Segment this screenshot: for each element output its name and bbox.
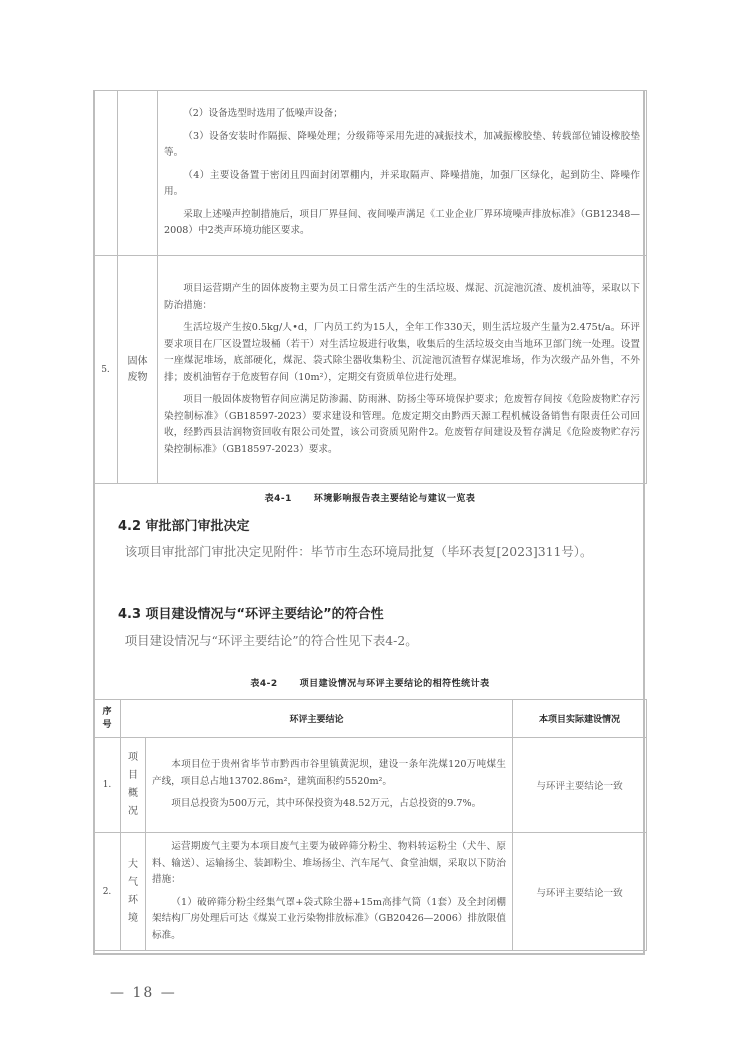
category-label: 固体废物: [127, 354, 149, 386]
row-actual: 与环评主要结论一致: [513, 833, 647, 951]
row-category: 项目概况: [121, 738, 146, 833]
content-paragraph: 项目一般固体废物暂存间应满足防渗漏、防雨淋、防扬尘等环境保护要求；危废暂存间按《…: [164, 392, 640, 458]
caption-label: 表4-2: [250, 679, 277, 689]
section-4-3-paragraph: 项目建设情况与“环评主要结论”的符合性见下表4-2。: [100, 627, 640, 654]
row-number: 1.: [94, 738, 121, 833]
section-4-2-paragraph: 该项目审批部门审批决定见附件：毕节市生态环境局批复（毕环表复[2023]311号…: [100, 538, 640, 565]
table-row-noise: （2）设备选型时选用了低噪声设备； （3）设备安装时作隔振、降噪处理；分级筛等采…: [94, 91, 647, 256]
section-4-2-heading: 4.2 审批部门审批决定: [118, 515, 250, 534]
content-paragraph: （2）设备选型时选用了低噪声设备；: [164, 106, 640, 123]
table-row: 2. 大气环境 运营期废气主要为本项目废气主要为破碎筛分粉尘、物料转运粉尘（犬牛…: [94, 833, 647, 951]
header-actual: 本项目实际建设情况: [513, 700, 647, 738]
row-category: 大气环境: [121, 833, 146, 951]
content-paragraph: 生活垃圾产生按0.5kg/人•d，厂内员工约为15人，全年工作330天，则生活垃…: [164, 320, 640, 386]
content-paragraph: 本项目位于贵州省毕节市黔西市谷里镇黄泥坝，建设一条年洗煤120万吨煤生产线，项目…: [152, 757, 506, 790]
row-content: 本项目位于贵州省毕节市黔西市谷里镇黄泥坝，建设一条年洗煤120万吨煤生产线，项目…: [146, 738, 513, 833]
caption-label: 表4-1: [265, 494, 292, 504]
caption-title: 环境影响报告表主要结论与建议一览表: [314, 494, 476, 504]
row-category: [118, 91, 158, 256]
table-4-1-caption: 表4-1环境影响报告表主要结论与建议一览表: [93, 491, 647, 504]
content-paragraph: （1）破碎筛分粉尘经集气罩+袋式除尘器+15m高排气筒（1套）及全封闭棚架结构厂…: [152, 895, 506, 945]
category-label: 项目概况: [128, 749, 139, 821]
content-paragraph: 运营期废气主要为本项目废气主要为破碎筛分粉尘、物料转运粉尘（犬牛、原料、输送）、…: [152, 839, 506, 889]
row-actual: 与环评主要结论一致: [513, 738, 647, 833]
section-4-3-heading: 4.3 项目建设情况与“环评主要结论”的符合性: [118, 603, 384, 622]
table-4-2-caption: 表4-2项目建设情况与环评主要结论的相符性统计表: [93, 676, 647, 689]
row-content: （2）设备选型时选用了低噪声设备； （3）设备安装时作隔振、降噪处理；分级筛等采…: [158, 91, 647, 256]
table-header-row: 序号 环评主要结论 本项目实际建设情况: [94, 700, 647, 738]
row-number: 2.: [94, 833, 121, 951]
table-row-solid-waste: 5. 固体废物 项目运营期产生的固体废物主要为员工日常生活产生的生活垃圾、煤泥、…: [94, 256, 647, 484]
row-number: 5.: [94, 256, 118, 484]
content-paragraph: （4）主要设备置于密闭且四面封闭罩棚内，并采取隔声、降噪措施，加强厂区绿化，起到…: [164, 168, 640, 201]
header-conclusion: 环评主要结论: [121, 700, 513, 738]
page-number: — 18 —: [110, 985, 177, 1001]
table-row: 1. 项目概况 本项目位于贵州省毕节市黔西市谷里镇黄泥坝，建设一条年洗煤120万…: [94, 738, 647, 833]
row-number: [94, 91, 118, 256]
caption-title: 项目建设情况与环评主要结论的相符性统计表: [300, 679, 490, 689]
content-paragraph: 项目运营期产生的固体废物主要为员工日常生活产生的生活垃圾、煤泥、沉淀池沉渣、废机…: [164, 281, 640, 314]
header-number: 序号: [94, 700, 121, 738]
row-content: 项目运营期产生的固体废物主要为员工日常生活产生的生活垃圾、煤泥、沉淀池沉渣、废机…: [158, 256, 647, 484]
row-content: 运营期废气主要为本项目废气主要为破碎筛分粉尘、物料转运粉尘（犬牛、原料、输送）、…: [146, 833, 513, 951]
content-paragraph: 采取上述噪声控制措施后，项目厂界昼间、夜间噪声满足《工业企业厂界环境噪声排放标准…: [164, 207, 640, 240]
content-paragraph: （3）设备安装时作隔振、降噪处理；分级筛等采用先进的减振技术，加减振橡胶垫、转载…: [164, 129, 640, 162]
table-4-2: 序号 环评主要结论 本项目实际建设情况 1. 项目概况 本项目位于贵州省毕节市黔…: [93, 699, 647, 951]
content-paragraph: 项目总投资为500万元，其中环保投资为48.52万元，占总投资的9.7%。: [152, 796, 506, 813]
category-label: 大气环境: [128, 856, 139, 928]
table-4-1: （2）设备选型时选用了低噪声设备； （3）设备安装时作隔振、降噪处理；分级筛等采…: [93, 90, 647, 484]
row-category: 固体废物: [118, 256, 158, 484]
